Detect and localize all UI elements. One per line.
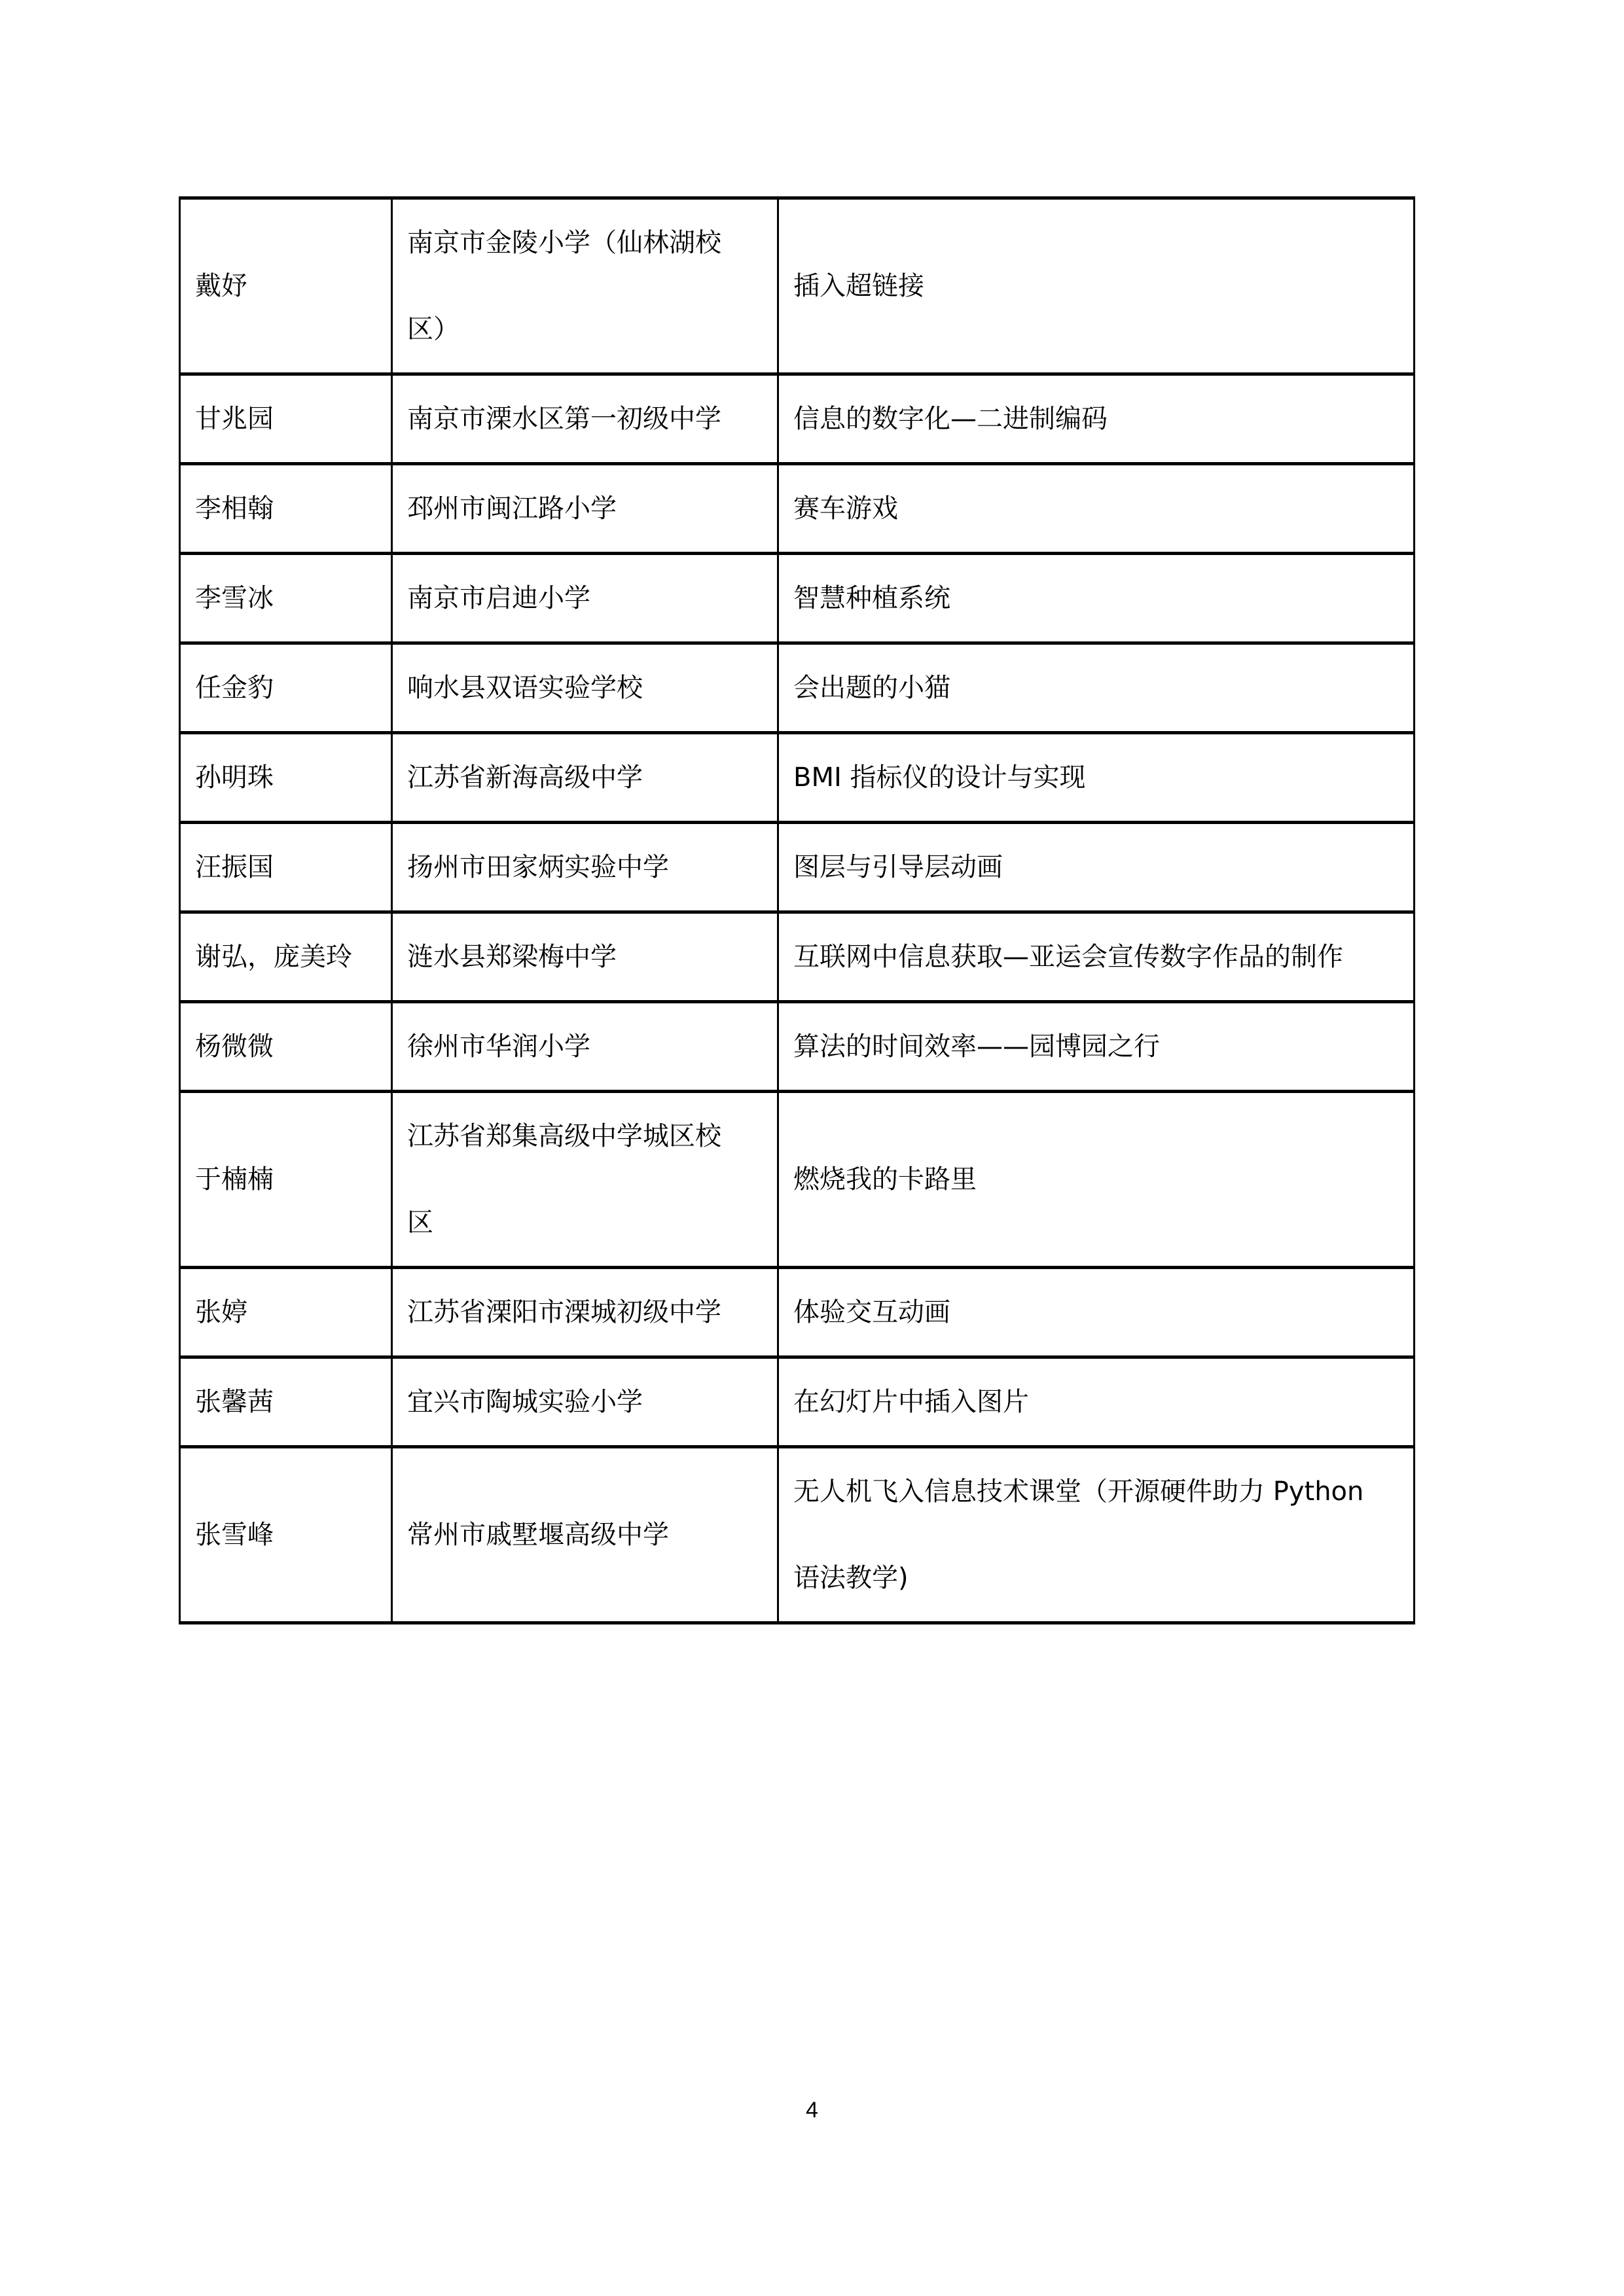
cell-teacher-name: 任金豹 xyxy=(180,643,392,733)
cell-school-line: 徐州市华润小学 xyxy=(407,1003,777,1090)
cell-teacher-name: 张婷 xyxy=(180,1268,392,1357)
cell-topic: 赛车游戏 xyxy=(778,464,1415,554)
cell-teacher-name: 孙明珠 xyxy=(180,733,392,823)
cell-school-line: 南京市溧水区第一初级中学 xyxy=(407,376,777,462)
cell-school-line: 涟水县郑梁梅中学 xyxy=(407,914,777,1000)
cell-topic-line: 算法的时间效率——园博园之行 xyxy=(793,1003,1413,1090)
table-row: 任金豹响水县双语实验学校会出题的小猫 xyxy=(180,643,1415,733)
cell-topic: 互联网中信息获取—亚运会宣传数字作品的制作 xyxy=(778,912,1415,1002)
table-row: 谢弘，庞美玲涟水县郑梁梅中学互联网中信息获取—亚运会宣传数字作品的制作 xyxy=(180,912,1415,1002)
cell-school: 江苏省溧阳市溧城初级中学 xyxy=(392,1268,778,1357)
cell-topic: 会出题的小猫 xyxy=(778,643,1415,733)
table-row: 李雪冰南京市启迪小学智慧种植系统 xyxy=(180,554,1415,643)
cell-school-line: 宜兴市陶城实验小学 xyxy=(407,1359,777,1445)
page-number: 4 xyxy=(0,2098,1624,2123)
cell-topic: 算法的时间效率——园博园之行 xyxy=(778,1002,1415,1092)
cell-teacher-name: 杨微微 xyxy=(180,1002,392,1092)
cell-topic: 信息的数字化—二进制编码 xyxy=(778,374,1415,464)
cell-topic: 智慧种植系统 xyxy=(778,554,1415,643)
cell-school-line: 南京市金陵小学（仙林湖校 xyxy=(407,200,777,286)
cell-teacher-name: 李相翰 xyxy=(180,464,392,554)
cell-topic-line: 在幻灯片中插入图片 xyxy=(793,1359,1413,1445)
cell-topic: 插入超链接 xyxy=(778,198,1415,374)
cell-topic-line: BMI 指标仪的设计与实现 xyxy=(793,734,1413,821)
cell-teacher-name: 张馨茜 xyxy=(180,1357,392,1447)
award-list-table: 戴妤南京市金陵小学（仙林湖校区）插入超链接甘兆园南京市溧水区第一初级中学信息的数… xyxy=(179,196,1415,1624)
cell-topic-line: 语法教学) xyxy=(793,1535,1413,1621)
cell-school-line: 扬州市田家炳实验中学 xyxy=(407,824,777,910)
cell-school-line: 江苏省溧阳市溧城初级中学 xyxy=(407,1269,777,1355)
cell-topic-line: 信息的数字化—二进制编码 xyxy=(793,376,1413,462)
cell-school: 常州市戚墅堰高级中学 xyxy=(392,1447,778,1623)
cell-topic-line: 图层与引导层动画 xyxy=(793,824,1413,910)
cell-teacher-name: 甘兆园 xyxy=(180,374,392,464)
cell-topic-line: 智慧种植系统 xyxy=(793,555,1413,641)
table-row: 于楠楠江苏省郑集高级中学城区校区燃烧我的卡路里 xyxy=(180,1092,1415,1268)
cell-topic-line: 赛车游戏 xyxy=(793,465,1413,552)
cell-topic-line: 插入超链接 xyxy=(793,243,1413,329)
cell-school-line: 响水县双语实验学校 xyxy=(407,645,777,731)
cell-school: 南京市启迪小学 xyxy=(392,554,778,643)
cell-topic-line: 燃烧我的卡路里 xyxy=(793,1136,1413,1223)
cell-school: 涟水县郑梁梅中学 xyxy=(392,912,778,1002)
cell-school: 宜兴市陶城实验小学 xyxy=(392,1357,778,1447)
cell-school: 江苏省新海高级中学 xyxy=(392,733,778,823)
cell-teacher-name: 张雪峰 xyxy=(180,1447,392,1623)
table-row: 李相翰邳州市闽江路小学赛车游戏 xyxy=(180,464,1415,554)
table-row: 甘兆园南京市溧水区第一初级中学信息的数字化—二进制编码 xyxy=(180,374,1415,464)
cell-teacher-name: 于楠楠 xyxy=(180,1092,392,1268)
cell-teacher-name: 李雪冰 xyxy=(180,554,392,643)
cell-topic-line: 互联网中信息获取—亚运会宣传数字作品的制作 xyxy=(793,914,1413,1000)
table-row: 张婷江苏省溧阳市溧城初级中学体验交互动画 xyxy=(180,1268,1415,1357)
cell-school: 江苏省郑集高级中学城区校区 xyxy=(392,1092,778,1268)
cell-school-line: 邳州市闽江路小学 xyxy=(407,465,777,552)
cell-school: 响水县双语实验学校 xyxy=(392,643,778,733)
cell-topic: BMI 指标仪的设计与实现 xyxy=(778,733,1415,823)
table-row: 张雪峰常州市戚墅堰高级中学无人机飞入信息技术课堂（开源硬件助力 Python语法… xyxy=(180,1447,1415,1623)
cell-school-line: 区 xyxy=(407,1179,777,1266)
cell-school-line: 区） xyxy=(407,286,777,372)
cell-school-line: 江苏省新海高级中学 xyxy=(407,734,777,821)
cell-topic: 无人机飞入信息技术课堂（开源硬件助力 Python语法教学) xyxy=(778,1447,1415,1623)
cell-topic: 在幻灯片中插入图片 xyxy=(778,1357,1415,1447)
table-row: 张馨茜宜兴市陶城实验小学在幻灯片中插入图片 xyxy=(180,1357,1415,1447)
table-row: 汪振国扬州市田家炳实验中学图层与引导层动画 xyxy=(180,823,1415,912)
table-row: 杨微微徐州市华润小学算法的时间效率——园博园之行 xyxy=(180,1002,1415,1092)
cell-topic-line: 无人机飞入信息技术课堂（开源硬件助力 Python xyxy=(793,1448,1413,1535)
cell-teacher-name: 戴妤 xyxy=(180,198,392,374)
cell-topic-line: 会出题的小猫 xyxy=(793,645,1413,731)
cell-school-line: 南京市启迪小学 xyxy=(407,555,777,641)
cell-topic: 燃烧我的卡路里 xyxy=(778,1092,1415,1268)
cell-topic-line: 体验交互动画 xyxy=(793,1269,1413,1355)
cell-school: 南京市溧水区第一初级中学 xyxy=(392,374,778,464)
cell-teacher-name: 汪振国 xyxy=(180,823,392,912)
cell-school-line: 江苏省郑集高级中学城区校 xyxy=(407,1093,777,1179)
cell-topic: 体验交互动画 xyxy=(778,1268,1415,1357)
cell-school: 邳州市闽江路小学 xyxy=(392,464,778,554)
table-row: 孙明珠江苏省新海高级中学BMI 指标仪的设计与实现 xyxy=(180,733,1415,823)
cell-school-line: 常州市戚墅堰高级中学 xyxy=(407,1492,777,1578)
cell-topic: 图层与引导层动画 xyxy=(778,823,1415,912)
cell-school: 南京市金陵小学（仙林湖校区） xyxy=(392,198,778,374)
cell-school: 徐州市华润小学 xyxy=(392,1002,778,1092)
table-body: 戴妤南京市金陵小学（仙林湖校区）插入超链接甘兆园南京市溧水区第一初级中学信息的数… xyxy=(180,198,1415,1623)
cell-school: 扬州市田家炳实验中学 xyxy=(392,823,778,912)
cell-teacher-name: 谢弘，庞美玲 xyxy=(180,912,392,1002)
table-row: 戴妤南京市金陵小学（仙林湖校区）插入超链接 xyxy=(180,198,1415,374)
